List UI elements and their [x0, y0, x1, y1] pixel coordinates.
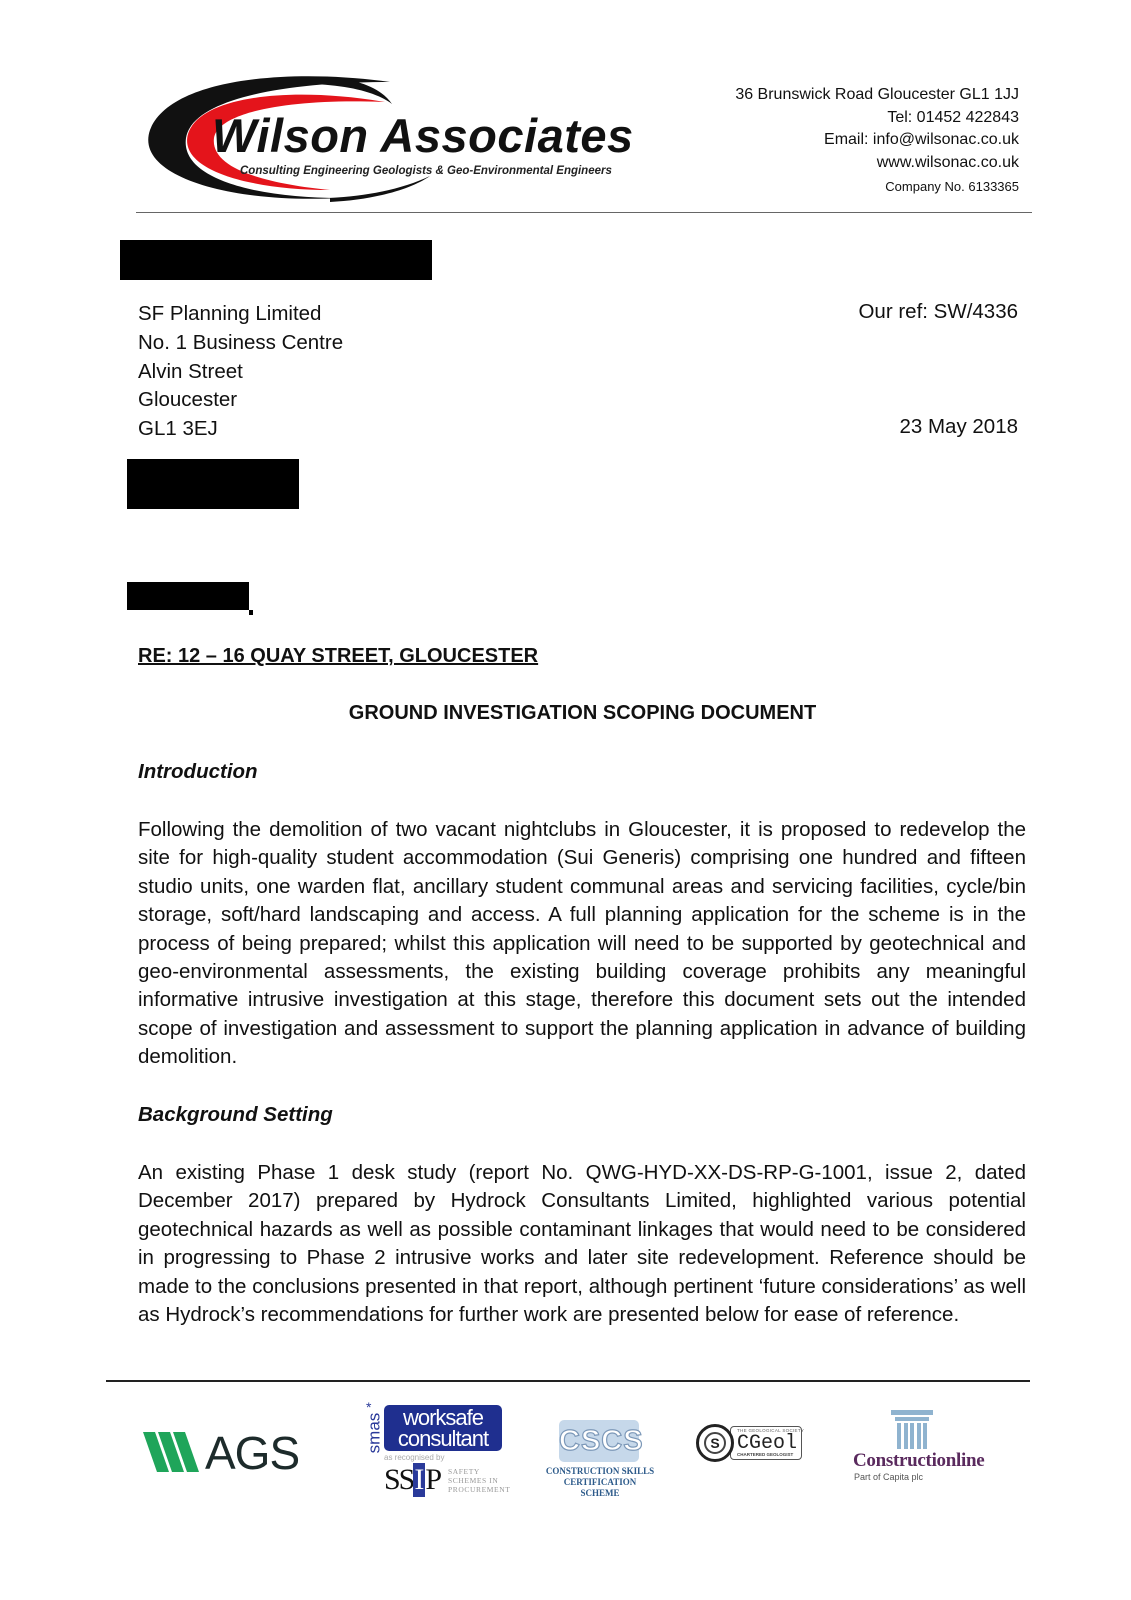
ssip-subtitle: SAFETY SCHEMES IN PROCUREMENT — [448, 1467, 510, 1494]
ssip-i: I — [413, 1463, 425, 1497]
cscs-logo: CSCS CONSTRUCTION SKILLS CERTIFICATION S… — [555, 1420, 655, 1500]
redacted-attention-line — [127, 459, 299, 509]
ssip-sub-line: SAFETY — [448, 1467, 510, 1476]
recipient-address: SF Planning Limited No. 1 Business Centr… — [138, 300, 343, 444]
company-number: Company No. 6133365 — [735, 174, 1019, 200]
ags-stripes-icon — [143, 1428, 205, 1476]
recognised-by-text: as recognised by — [384, 1453, 444, 1462]
header-divider — [136, 212, 1032, 213]
document-title: GROUND INVESTIGATION SCOPING DOCUMENT — [0, 702, 1131, 725]
footer-divider — [106, 1380, 1030, 1382]
letter-date: 23 May 2018 — [899, 415, 1018, 439]
company-address: 36 Brunswick Road Gloucester GL1 1JJ — [735, 84, 1019, 107]
worksafe-line2: consultant — [384, 1428, 502, 1449]
company-logo: Wilson Associates Consulting Engineering… — [140, 72, 680, 206]
ssip-wordmark: SSIP — [384, 1463, 440, 1497]
constructionline-subtitle: Part of Capita plc — [854, 1472, 923, 1482]
section-body-introduction: Following the demolition of two vacant n… — [138, 816, 1026, 1072]
salutation-punctuation — [249, 610, 253, 615]
geological-society-emblem-icon: S — [696, 1424, 734, 1462]
recipient-line: GL1 3EJ — [138, 415, 343, 444]
contact-block: 36 Brunswick Road Gloucester GL1 1JJ Tel… — [735, 84, 1019, 200]
recipient-line: Gloucester — [138, 386, 343, 415]
cscs-sub-line: CONSTRUCTION SKILLS — [545, 1466, 655, 1477]
cscs-badge: CSCS — [559, 1420, 639, 1462]
subject-line: RE: 12 – 16 QUAY STREET, GLOUCESTER — [138, 645, 538, 668]
section-heading-background: Background Setting — [138, 1103, 333, 1127]
recipient-line: SF Planning Limited — [138, 300, 343, 329]
section-heading-introduction: Introduction — [138, 760, 258, 784]
cgeol-chartered-text: CHARTERED GEOLOGIST — [737, 1452, 793, 1457]
recipient-line: No. 1 Business Centre — [138, 329, 343, 358]
smas-vertical-text: smas — [364, 1413, 384, 1454]
constructionline-logo: Constructionline Part of Capita plc — [853, 1410, 1003, 1490]
column-capital-icon — [895, 1417, 929, 1421]
company-tagline: Consulting Engineering Geologists & Geo-… — [240, 165, 612, 177]
cgeol-logo: THE GEOLOGICAL SOCIETY CGeol CHARTERED G… — [696, 1424, 804, 1468]
smas-worksafe-logo: * smas worksafe consultant as recognised… — [362, 1405, 512, 1501]
cgeol-badge: THE GEOLOGICAL SOCIETY CGeol CHARTERED G… — [730, 1426, 802, 1460]
worksafe-badge: worksafe consultant — [384, 1405, 502, 1451]
ags-logo: AGS — [143, 1428, 308, 1476]
ssip-right: P — [425, 1463, 440, 1496]
company-tel: Tel: 01452 422843 — [735, 107, 1019, 130]
redacted-salutation — [127, 582, 249, 610]
worksafe-line1: worksafe — [384, 1407, 502, 1428]
ags-wordmark: AGS — [205, 1426, 299, 1480]
constructionline-wordmark: Constructionline — [853, 1450, 984, 1472]
company-email[interactable]: Email: info@wilsonac.co.uk — [735, 129, 1019, 152]
section-body-background: An existing Phase 1 desk study (report N… — [138, 1159, 1026, 1329]
ssip-sub-line: SCHEMES IN — [448, 1476, 510, 1485]
company-website[interactable]: www.wilsonac.co.uk — [735, 152, 1019, 175]
ssip-sub-line: PROCUREMENT — [448, 1485, 510, 1494]
redacted-addressee-name — [120, 240, 432, 280]
cscs-subtitle: CONSTRUCTION SKILLS CERTIFICATION SCHEME — [545, 1466, 655, 1499]
company-name: Wilson Associates — [212, 112, 634, 159]
our-reference: Our ref: SW/4336 — [858, 300, 1018, 324]
emblem-letter: S — [704, 1432, 726, 1454]
cscs-letters: CSCS — [559, 1425, 644, 1457]
cscs-sub-line: CERTIFICATION SCHEME — [545, 1477, 655, 1499]
column-capital-icon — [891, 1410, 933, 1415]
recipient-line: Alvin Street — [138, 358, 343, 387]
column-shafts-icon — [897, 1423, 927, 1449]
ssip-left: SS — [384, 1463, 413, 1496]
